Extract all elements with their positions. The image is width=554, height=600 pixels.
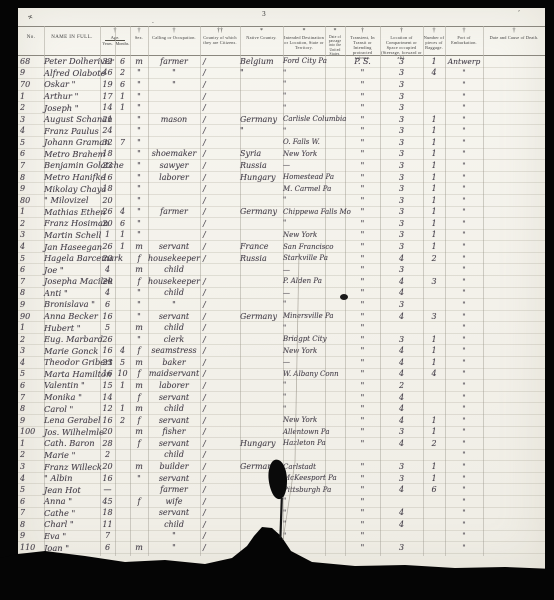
cell-citizen-country: / (200, 219, 240, 228)
cell-citizen-country: / (200, 450, 240, 459)
cell-age-months: 2 (115, 416, 130, 425)
cell-destination: McKeesport Pa (283, 474, 325, 482)
cell-compartment: 4 (380, 288, 423, 297)
cell-transient: " (345, 369, 380, 378)
manifest-row: 80 " Milovizel 20 " / " " 3 1 " (18, 195, 545, 207)
manifest-row: 1 Hubert " 5 m child / " " " (18, 322, 545, 334)
cell-age-months: 6 (115, 80, 130, 89)
cell-calling: builder (148, 462, 200, 471)
cell-destination: New York (283, 150, 325, 158)
cell-age-years: 26 (100, 207, 115, 216)
cell-compartment: 4 (380, 277, 423, 286)
cell-compartment: 3 (380, 173, 423, 182)
cell-compartment: 3 (380, 219, 423, 228)
manifest-row: 5 Hagela Barcemark 20 f housekeeper / Ru… (18, 253, 545, 265)
cell-destination: " (283, 532, 325, 540)
cell-sex: m (130, 242, 148, 251)
cell-sex: " (130, 138, 148, 147)
cell-transient: " (345, 196, 380, 205)
cell-row-number: 2 (18, 103, 44, 112)
cell-row-number: 3 (18, 462, 44, 471)
cell-native-country: " (240, 68, 283, 77)
manifest-row: 9 Mikolay Chaya 18 " / M. Carmel Pa " 3 … (18, 183, 545, 195)
cell-embarkation-port: " (445, 184, 483, 193)
cell-compartment: 3 (380, 242, 423, 251)
cell-citizen-country: / (200, 115, 240, 124)
header-col-native-country: * Native Country. (240, 27, 283, 55)
cell-age-years: 26 (100, 335, 115, 344)
cell-embarkation-port: " (445, 126, 483, 135)
manifest-row: 3 Martin Schell 1 1 " / New York " 3 1 " (18, 230, 545, 242)
cell-citizen-country: / (200, 358, 240, 367)
cell-age-years: 19 (100, 80, 115, 89)
cell-destination: " (283, 104, 325, 112)
cell-transient: " (345, 277, 380, 286)
cell-baggage: 1 (423, 161, 445, 170)
manifest-row: 7 Monika " 14 f servant / " " 4 " (18, 392, 545, 404)
cell-calling: servant (148, 439, 200, 448)
cell-baggage: 1 (423, 358, 445, 367)
cell-citizen-country: / (200, 393, 240, 402)
cell-transient: " (345, 520, 380, 529)
cell-citizen-country: / (200, 126, 240, 135)
cell-row-number: 8 (18, 173, 44, 182)
cell-native-country: France (240, 242, 283, 251)
cell-calling: " (148, 543, 200, 552)
cell-embarkation-port: " (445, 265, 483, 274)
cell-age-years: 26 (100, 242, 115, 251)
cell-compartment: 3 (380, 103, 423, 112)
cell-age-months: 1 (115, 92, 130, 101)
cell-sex: f (130, 254, 148, 263)
cell-destination: " (283, 196, 325, 204)
cell-destination: P. Alden Pa (283, 277, 325, 285)
cell-destination: — (283, 266, 325, 274)
cell-transient: " (345, 531, 380, 540)
cell-embarkation-port: " (445, 450, 483, 459)
cell-name: Alfred Olabote (44, 68, 100, 78)
cell-compartment: 3 (380, 92, 423, 101)
cell-embarkation-port: " (445, 404, 483, 413)
cell-embarkation-port: " (445, 103, 483, 112)
cell-citizen-country: / (200, 207, 240, 216)
cell-transient: " (345, 230, 380, 239)
cell-destination: New York (283, 347, 325, 355)
cell-compartment: 4 (380, 404, 423, 413)
cell-destination: Pittsburgh Pa (283, 486, 325, 494)
cell-row-number: 100 (18, 427, 44, 436)
cell-calling: mason (148, 115, 200, 124)
cell-compartment: 2 (380, 381, 423, 390)
cell-transient: " (345, 254, 380, 263)
cell-compartment: 4 (380, 312, 423, 321)
manifest-row: 7 Cathe " 18 servant / " " 4 " (18, 508, 545, 520)
cell-row-number: 80 (18, 196, 44, 205)
cell-compartment: 3 (380, 427, 423, 436)
cell-calling: " (148, 80, 200, 89)
cell-name: Anna Becker (44, 311, 100, 321)
cell-embarkation-port: " (445, 323, 483, 332)
cell-embarkation-port: " (445, 485, 483, 494)
cell-calling: child (148, 288, 200, 297)
cell-name: Oskar " (44, 79, 100, 89)
cell-transient: " (345, 219, 380, 228)
cell-calling: farmer (148, 207, 200, 216)
cell-citizen-country: / (200, 196, 240, 205)
cell-age-years: 20 (100, 196, 115, 205)
cell-row-number: 6 (18, 381, 44, 390)
cell-name: Metro Hanifke (44, 172, 100, 182)
cell-native-country: Hungary (240, 173, 283, 182)
header-col-baggage: † Number of pieces of Baggage. (423, 27, 445, 55)
cell-transient: " (345, 508, 380, 517)
cell-destination: W. Albany Conn (283, 370, 325, 378)
cell-citizen-country: / (200, 520, 240, 529)
cell-embarkation-port: " (445, 474, 483, 483)
cell-name: Marta Hamilton (44, 369, 100, 379)
cell-age-years: 14 (100, 393, 115, 402)
cell-compartment: 3 (380, 184, 423, 193)
header-col-citizen-country: †† Country of which they are Citizens. (200, 27, 240, 55)
cell-citizen-country: / (200, 508, 240, 517)
cell-native-country: Hungary (240, 439, 283, 448)
cell-sex: " (130, 149, 148, 158)
cell-row-number: 9 (18, 416, 44, 425)
cell-transient: " (345, 126, 380, 135)
scan-artifact: ⤧ (27, 13, 34, 21)
cell-compartment: 3 (380, 115, 423, 124)
cell-destination: Carlisle Columbia (283, 115, 325, 123)
cell-baggage: 2 (423, 254, 445, 263)
cell-embarkation-port: " (445, 138, 483, 147)
cell-sex: m (130, 381, 148, 390)
cell-sex: " (130, 80, 148, 89)
cell-native-country: Syria (240, 149, 283, 158)
cell-sex: f (130, 277, 148, 286)
cell-compartment: 4 (380, 508, 423, 517)
cell-transient: " (345, 288, 380, 297)
cell-age-months: 10 (115, 369, 130, 378)
cell-transient: " (345, 485, 380, 494)
cell-age-years: 20 (100, 254, 115, 263)
cell-embarkation-port: " (445, 462, 483, 471)
cell-compartment: 3 (380, 80, 423, 89)
cell-name: Johann Graman (44, 137, 100, 147)
cell-name: Marie Gonck (44, 346, 100, 356)
cell-embarkation-port: " (445, 161, 483, 170)
cell-name: Jan Haseegan (44, 242, 100, 252)
cell-name: Cath. Baron (44, 438, 100, 448)
cell-destination: " (283, 509, 325, 517)
cell-compartment: 3 (380, 300, 423, 309)
cell-age-months: 1 (115, 242, 130, 251)
header-col-no: No. (18, 27, 44, 55)
cell-embarkation-port: " (445, 254, 483, 263)
cell-name: Anna " (44, 496, 100, 506)
cell-baggage: 1 (423, 149, 445, 158)
cell-name: Benjamin Golatche (44, 160, 100, 170)
cell-transient: " (345, 335, 380, 344)
cell-citizen-country: / (200, 381, 240, 390)
manifest-row: 100 Jos. Wilhelmle 20 m fisher / Allento… (18, 427, 545, 439)
cell-row-number: 7 (18, 277, 44, 286)
manifest-row: 2 Eug. Marbard 26 " clerk / Bridgpt City… (18, 334, 545, 346)
cell-embarkation-port: " (445, 115, 483, 124)
cell-embarkation-port: " (445, 300, 483, 309)
cell-destination: New York (283, 416, 325, 424)
cell-embarkation-port: " (445, 207, 483, 216)
cell-transient: " (345, 68, 380, 77)
cell-calling: servant (148, 242, 200, 251)
cell-destination: " (283, 324, 325, 332)
cell-compartment: 3 (380, 57, 423, 66)
cell-name: August Schanan (44, 114, 100, 124)
cell-row-number: 5 (18, 254, 44, 263)
cell-name: Josepha Macilek (44, 276, 100, 286)
cell-name: Theodor Gribert (44, 357, 100, 367)
manifest-row: 5 Jean Hot — farmer / Pittsburgh Pa " 4 … (18, 484, 545, 496)
header-col-destination: * Intended Destination or Location, Stat… (283, 27, 325, 55)
cell-row-number: 6 (18, 497, 44, 506)
cell-transient: " (345, 184, 380, 193)
cell-sex: " (130, 474, 148, 483)
cell-age-years: 6 (100, 300, 115, 309)
cell-compartment: 4 (380, 254, 423, 263)
cell-age-years: 16 (100, 416, 115, 425)
cell-compartment: 3 (380, 543, 423, 552)
cell-age-years: 46 (100, 68, 115, 77)
cell-citizen-country: / (200, 369, 240, 378)
manifest-row: 4 " Albin 16 " servant / McKeesport Pa "… (18, 473, 545, 485)
cell-transient: " (345, 312, 380, 321)
manifest-row: 7 Benjamin Golatche 23 " sawyer / Russia… (18, 160, 545, 172)
cell-baggage: 4 (423, 68, 445, 77)
cell-transient: " (345, 242, 380, 251)
manifest-row: 9 Alfred Olabote 46 2 " " / " " " 3 4 " (18, 68, 545, 80)
cell-calling: servant (148, 416, 200, 425)
cell-name: Hubert " (44, 323, 100, 333)
manifest-row: 1 Cath. Baron 28 f servant / Hungary Haz… (18, 438, 545, 450)
cell-sex: " (130, 207, 148, 216)
cell-transient: " (345, 300, 380, 309)
cell-native-country: Germany (240, 312, 283, 321)
cell-compartment: 4 (380, 358, 423, 367)
manifest-row: 1 Arthur " 17 1 " / " " 3 " (18, 91, 545, 103)
cell-sex: " (130, 103, 148, 112)
header-col-sex: † Sex. (130, 27, 148, 55)
cell-sex: " (130, 68, 148, 77)
cell-age-years: 14 (100, 103, 115, 112)
cell-embarkation-port: " (445, 335, 483, 344)
cell-embarkation-port: " (445, 242, 483, 251)
cell-baggage: 2 (423, 439, 445, 448)
cell-sex: f (130, 439, 148, 448)
cell-sex: m (130, 323, 148, 332)
cell-sex: " (130, 230, 148, 239)
cell-calling: clerk (148, 335, 200, 344)
cell-destination: " (283, 219, 325, 227)
margin-mark: 3 (262, 11, 266, 18)
cell-age-years: 45 (100, 497, 115, 506)
manifest-row: 3 Marie Gonck 16 4 f seamstress / New Yo… (18, 345, 545, 357)
header-col-name: NAME IN FULL. (44, 27, 100, 55)
cell-row-number: 110 (18, 543, 44, 552)
cell-age-years: 20 (100, 462, 115, 471)
cell-embarkation-port: " (445, 520, 483, 529)
cell-name: Bronislava " (44, 299, 100, 309)
cell-name: Joseph " (44, 103, 100, 113)
cell-destination: Allentown Pa (283, 428, 325, 436)
cell-age-years: 12 (100, 404, 115, 413)
cell-citizen-country: / (200, 288, 240, 297)
cell-row-number: 6 (18, 149, 44, 158)
manifest-row: 2 Franz Hosiman 20 6 " / " " 3 1 " (18, 218, 545, 230)
cell-name: Metro Brahem (44, 149, 100, 159)
cell-age-years: 20 (100, 277, 115, 286)
cell-destination: Minersville Pa (283, 312, 325, 320)
cell-native-country: " (240, 126, 283, 135)
cell-citizen-country: / (200, 184, 240, 193)
cell-row-number: 7 (18, 161, 44, 170)
cell-embarkation-port: " (445, 68, 483, 77)
cell-compartment: 3 (380, 230, 423, 239)
manifest-row: 3 Franz Willeck 20 m builder / Germany C… (18, 461, 545, 473)
cell-calling: wife (148, 497, 200, 506)
cell-name: " Milovizel (44, 195, 100, 205)
cell-baggage: 1 (423, 346, 445, 355)
cell-age-months: 6 (115, 219, 130, 228)
cell-compartment: 3 (380, 474, 423, 483)
cell-name: Mikolay Chaya (44, 184, 100, 194)
cell-citizen-country: / (200, 335, 240, 344)
cell-embarkation-port: " (445, 149, 483, 158)
cell-compartment: 3 (380, 196, 423, 205)
cell-destination: " (283, 381, 325, 389)
cell-calling: " (148, 531, 200, 540)
header-col-transient: † Transient, In Transit or Intending pro… (345, 27, 380, 55)
cell-age-years: 7 (100, 531, 115, 540)
cell-compartment: 3 (380, 126, 423, 135)
cell-name: Valentin " (44, 380, 100, 390)
cell-destination: " (283, 405, 325, 413)
cell-row-number: 2 (18, 450, 44, 459)
cell-destination: Ford City Pa (283, 57, 325, 65)
manifest-row: 8 Anti " 4 " child / — " 4 " (18, 288, 545, 300)
cell-baggage: 3 (423, 277, 445, 286)
cell-sex: " (130, 300, 148, 309)
cell-age-years: 23 (100, 358, 115, 367)
cell-baggage: 1 (423, 230, 445, 239)
cell-embarkation-port: " (445, 196, 483, 205)
cell-native-country: Germany (240, 115, 283, 124)
cell-transient: " (345, 462, 380, 471)
cell-row-number: 70 (18, 80, 44, 89)
cell-age-months: 4 (115, 346, 130, 355)
cell-native-country: Germany (240, 207, 283, 216)
cell-destination: " (283, 92, 325, 100)
cell-embarkation-port: " (445, 288, 483, 297)
cell-age-years: — (100, 485, 115, 494)
cell-transient: " (345, 323, 380, 332)
cell-transient: " (345, 173, 380, 182)
manifest-rows: 68 Peter Dolheriver 32 6 m farmer / Belg… (18, 56, 545, 554)
cell-row-number: 1 (18, 92, 44, 101)
manifest-row: 9 Eva " 7 " / " " " (18, 531, 545, 543)
cell-age-months: 2 (115, 68, 130, 77)
manifest-row: 6 Joe " 4 m child — " 3 " (18, 264, 545, 276)
cell-name: Lena Gerabel (44, 415, 100, 425)
cell-baggage: 1 (423, 173, 445, 182)
manifest-row: 90 Anna Becker 16 " servant / Germany Mi… (18, 311, 545, 323)
cell-baggage: 1 (423, 219, 445, 228)
manifest-row: 4 Franz Paulus 24 " / " " " 3 1 " (18, 125, 545, 137)
cell-name: Charl " (44, 519, 100, 529)
cell-age-years: 5 (100, 323, 115, 332)
cell-destination: — (283, 289, 325, 297)
cell-sex: " (130, 173, 148, 182)
manifest-row: 8 Metro Hanifke 16 " laborer / Hungary H… (18, 172, 545, 184)
cell-name: " Albin (44, 473, 100, 483)
cell-baggage: 1 (423, 207, 445, 216)
cell-name: Franz Hosiman (44, 218, 100, 228)
manifest-row: 5 Marta Hamilton 16 10 f maidservant / W… (18, 369, 545, 381)
cell-baggage: 6 (423, 485, 445, 494)
cell-age-years: 28 (100, 439, 115, 448)
cell-native-country: Belgium (240, 57, 283, 66)
manifest-row: 70 Oskar " 19 6 " " / " " 3 " (18, 79, 545, 91)
cell-calling: seamstress (148, 346, 200, 355)
manifest-row: 6 Metro Brahem 18 " shoemaker / Syria Ne… (18, 149, 545, 161)
cell-sex: " (130, 126, 148, 135)
cell-name: Eva " (44, 531, 100, 541)
cell-age-months: 1 (115, 404, 130, 413)
cell-baggage: 3 (423, 312, 445, 321)
cell-sex: " (130, 161, 148, 170)
cell-calling: servant (148, 474, 200, 483)
cell-sex: m (130, 543, 148, 552)
cell-sex: " (130, 312, 148, 321)
cell-calling: servant (148, 508, 200, 517)
manifest-row: 7 Josepha Macilek 20 f housekeeper / P. … (18, 276, 545, 288)
cell-age-months: 1 (115, 103, 130, 112)
cell-baggage: 1 (423, 416, 445, 425)
cell-calling: child (148, 404, 200, 413)
cell-destination: — (283, 161, 325, 169)
manifest-row: 8 Charl " 11 child / " " 4 " (18, 519, 545, 531)
cell-name: Monika " (44, 392, 100, 402)
manifest-row: 4 Theodor Gribert 23 5 m baker / — " 4 1… (18, 357, 545, 369)
cell-age-years: 21 (100, 115, 115, 124)
cell-name: Hagela Barcemark (44, 253, 100, 263)
cell-destination: — (283, 358, 325, 366)
cell-name: Eug. Marbard (44, 334, 100, 344)
cell-calling: farmer (148, 485, 200, 494)
cell-transient: " (345, 439, 380, 448)
cell-calling: servant (148, 393, 200, 402)
cell-baggage: 1 (423, 462, 445, 471)
manifest-row: 9 Bronislava " 6 " " / " " 3 " (18, 299, 545, 311)
cell-citizen-country: / (200, 68, 240, 77)
cell-calling: sawyer (148, 161, 200, 170)
cell-row-number: 2 (18, 335, 44, 344)
cell-sex: f (130, 393, 148, 402)
cell-citizen-country: / (200, 474, 240, 483)
cell-citizen-country: / (200, 161, 240, 170)
cell-name: Jos. Wilhelmle (44, 427, 100, 437)
cell-embarkation-port: " (445, 393, 483, 402)
scan-artifact: ’ (518, 10, 520, 17)
cell-name: Jean Hot (44, 485, 100, 495)
